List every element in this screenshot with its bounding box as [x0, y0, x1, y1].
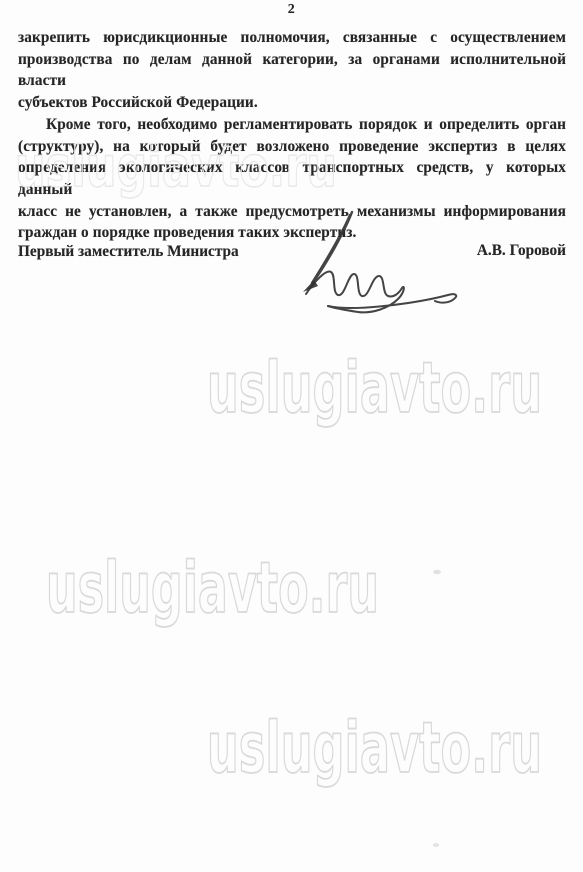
paragraph-line: (структуру), на который будет возложено … [18, 136, 566, 158]
watermark-text-upper: uslugiavto.ru [207, 347, 542, 429]
signature-scribble [290, 202, 475, 322]
paragraph-line: закрепить юрисдикционные полномочия, свя… [18, 27, 566, 49]
paragraph-line: субъектов Российской Федерации. [18, 92, 566, 114]
watermark-text-middle: uslugiavto.ru [46, 547, 379, 629]
page-number: 2 [0, 2, 583, 18]
signature-name: А.В. Горовой [477, 242, 566, 260]
scanned-document-page: 2 закрепить юрисдикционные полномочия, с… [0, 0, 583, 872]
scan-speck [433, 570, 441, 574]
paragraph-line: Кроме того, необходимо регламентировать … [18, 114, 566, 136]
scan-speck [433, 843, 439, 847]
paragraph-line: определения экологических классов трансп… [18, 157, 566, 200]
watermark-text-lower: uslugiavto.ru [207, 707, 542, 789]
signature-title: Первый заместитель Министра [18, 243, 239, 261]
paragraph-line: производства по делам данной категории, … [18, 49, 566, 92]
